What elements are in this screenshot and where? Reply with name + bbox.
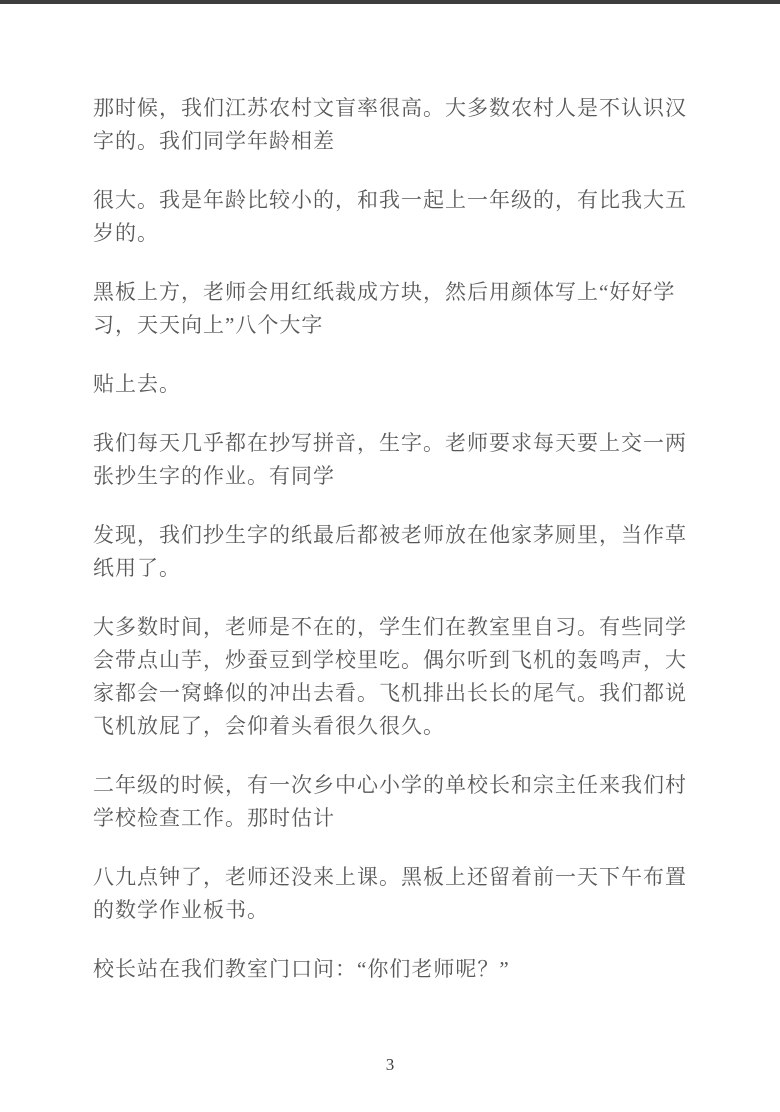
paragraph: 那时候，我们江苏农村文盲率很高。大多数农村人是不认识汉字的。我们同学年龄相差: [93, 92, 688, 158]
paragraph: 八九点钟了，老师还没来上课。黑板上还留着前一天下午布置的数学作业板书。: [93, 861, 688, 927]
paragraph: 黑板上方，老师会用红纸裁成方块，然后用颜体写上“好好学习，天天向上”八个大字: [93, 276, 688, 342]
paragraph: 校长站在我们教室门口问：“你们老师呢？”: [93, 953, 688, 986]
page-number: 3: [0, 1055, 780, 1075]
paragraph: 发现，我们抄生字的纸最后都被老师放在他家茅厕里，当作草纸用了。: [93, 519, 688, 585]
paragraph: 很大。我是年龄比较小的，和我一起上一年级的，有比我大五岁的。: [93, 184, 688, 250]
paragraph: 我们每天几乎都在抄写拼音，生字。老师要求每天要上交一两张抄生字的作业。有同学: [93, 427, 688, 493]
paragraph: 大多数时间，老师是不在的，学生们在教室里自习。有些同学会带点山芋，炒蚕豆到学校里…: [93, 611, 688, 743]
document-page: 那时候，我们江苏农村文盲率很高。大多数农村人是不认识汉字的。我们同学年龄相差 很…: [0, 4, 780, 1012]
paragraph: 二年级的时候，有一次乡中心小学的单校长和宗主任来我们村学校检查工作。那时估计: [93, 769, 688, 835]
paragraph: 贴上去。: [93, 368, 688, 401]
